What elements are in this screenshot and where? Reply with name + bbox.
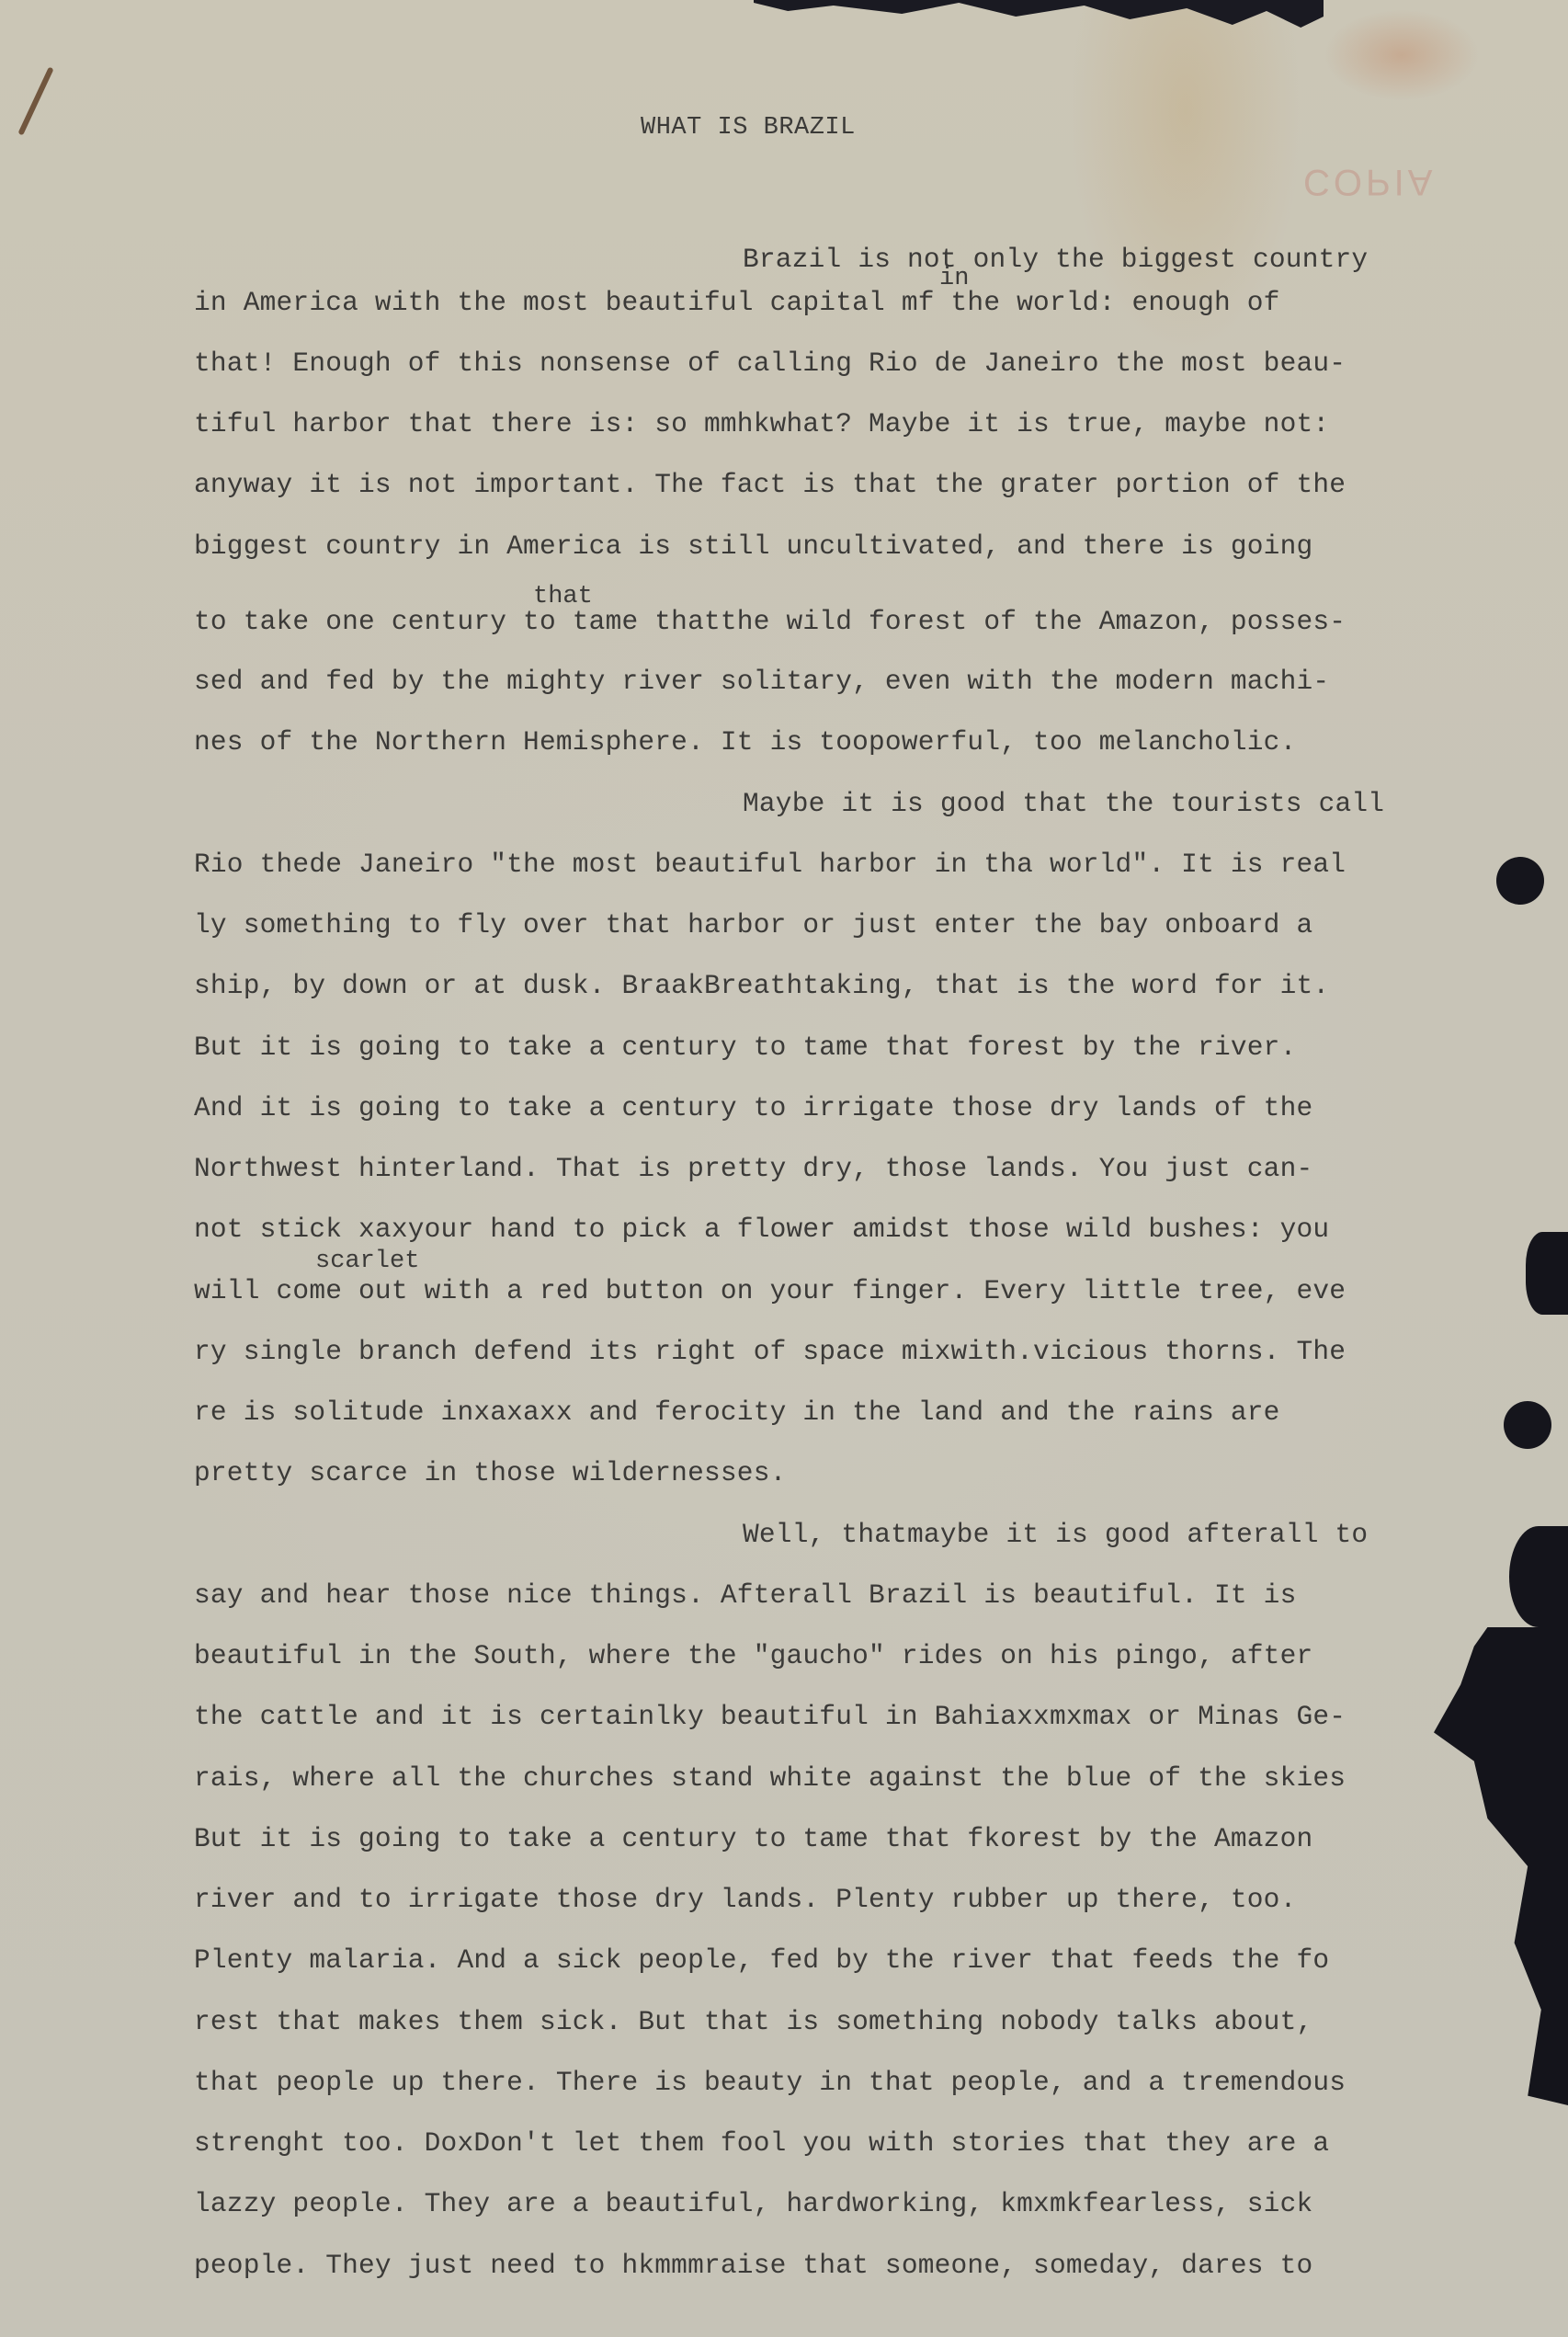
interlinear-insert: scarlet: [315, 1248, 419, 1275]
text-line: Brazil is not only the biggest country: [743, 244, 1368, 275]
text-line: will come out with a red button on your …: [194, 1275, 1346, 1306]
damage-mark: [1526, 1232, 1568, 1315]
rust-stain: [1324, 9, 1480, 101]
text-line: And it is going to take a century to irr…: [194, 1092, 1312, 1123]
text-line: rest that makes them sick. But that is s…: [194, 2006, 1312, 2037]
punch-hole: [1504, 1401, 1551, 1449]
text-line: tiful harbor that there is: so mmhkwhat?…: [194, 408, 1329, 439]
damage-mark: [1509, 1526, 1568, 1627]
text-line: Rio thede Janeiro "the most beautiful ha…: [194, 849, 1346, 880]
text-line: to take one century to tame thatthe wild…: [194, 606, 1346, 637]
text-line: that people up there. There is beauty in…: [194, 2067, 1346, 2098]
text-line: ship, by down or at dusk. BraakBreathtak…: [194, 970, 1329, 1001]
text-line: re is solitude inxaxaxx and ferocity in …: [194, 1396, 1280, 1428]
text-line: nes of the Northern Hemisphere. It is to…: [194, 726, 1297, 758]
text-line: strenght too. DoxDon't let them fool you…: [194, 2127, 1329, 2159]
text-line: Plenty malaria. And a sick people, fed b…: [194, 1944, 1329, 1976]
text-line: rais, where all the churches stand white…: [194, 1762, 1346, 1794]
text-line: biggest country in America is still uncu…: [194, 530, 1312, 562]
text-line: not stick xaxyour hand to pick a flower …: [194, 1214, 1329, 1245]
text-line: that! Enough of this nonsense of calling…: [194, 348, 1346, 379]
document-title: WHAT IS BRAZIL: [641, 114, 856, 142]
text-line: But it is going to take a century to tam…: [194, 1823, 1312, 1854]
text-line: in America with the most beautiful capit…: [194, 287, 1280, 318]
text-line: people. They just need to hkmmmraise tha…: [194, 2250, 1312, 2281]
text-line: ry single branch defend its right of spa…: [194, 1336, 1346, 1367]
text-line: ly something to fly over that harbor or …: [194, 909, 1312, 940]
text-line: sed and fed by the mighty river solitary…: [194, 666, 1329, 697]
text-line: river and to irrigate those dry lands. P…: [194, 1884, 1297, 1915]
text-line: lazzy people. They are a beautiful, hard…: [194, 2188, 1312, 2219]
text-line: Maybe it is good that the tourists call: [743, 788, 1384, 819]
text-line: pretty scarce in those wildernesses.: [194, 1457, 787, 1488]
text-line: Northwest hinterland. That is pretty dry…: [194, 1153, 1312, 1184]
punch-hole: [1496, 857, 1544, 905]
text-line: beautiful in the South, where the "gauch…: [194, 1640, 1312, 1671]
text-line: But it is going to take a century to tam…: [194, 1032, 1297, 1063]
text-line: Well, thatmaybe it is good afterall to: [743, 1519, 1368, 1550]
copia-stamp: COPIA: [1303, 161, 1436, 202]
text-line: anyway it is not important. The fact is …: [194, 469, 1346, 500]
text-line: say and hear those nice things. Afterall…: [194, 1579, 1297, 1611]
text-line: the cattle and it is certainlky beautifu…: [194, 1701, 1346, 1732]
